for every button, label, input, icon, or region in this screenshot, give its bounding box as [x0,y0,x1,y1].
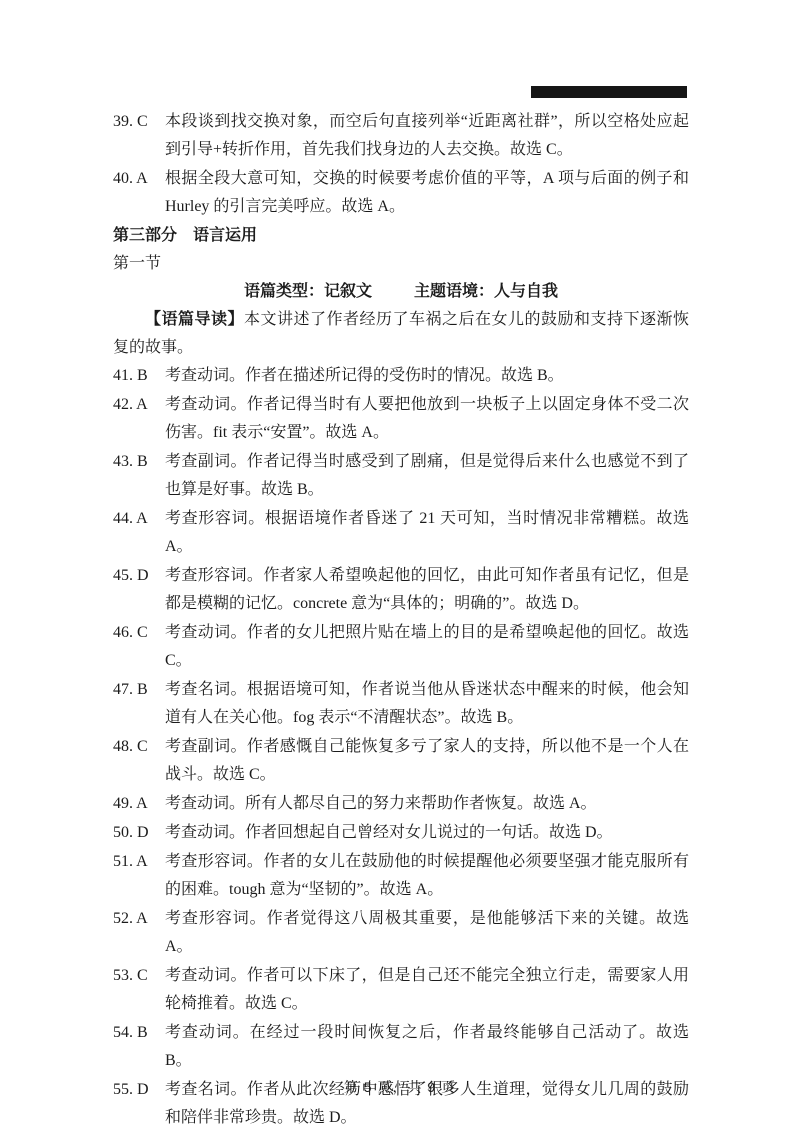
theme-context-label: 主题语境：人与自我 [414,283,558,300]
answer-number: 45. D [113,562,165,590]
answer-explanation: 考查动词。所有人都尽自己的努力来帮助作者恢复。故选 A。 [165,790,689,818]
answer-explanation: 考查动词。作者在描述所记得的受伤时的情况。故选 B。 [165,362,689,390]
answer-explanation: 考查动词。作者的女儿把照片贴在墙上的目的是希望唤起他的回忆。故选 C。 [165,619,689,675]
page-content: 39. C 本段谈到找交换对象，而空后句直接列举“近距离社群”，所以空格处应起到… [113,108,689,1131]
page-number-footer: 第 5 页，共 9 页 [0,1076,800,1098]
answer-item: 41. B 考查动词。作者在描述所记得的受伤时的情况。故选 B。 [113,362,689,390]
answer-explanation: 考查形容词。作者家人希望唤起他的回忆，由此可知作者虽有记忆，但是都是模糊的记忆。… [165,562,689,618]
answer-explanation: 根据全段大意可知，交换的时候要考虑价值的平等，A 项与后面的例子和 Hurley… [165,165,689,221]
answer-explanation: 考查形容词。作者的女儿在鼓励他的时候提醒他必须要坚强才能克服所有的困难。toug… [165,848,689,904]
answer-number: 54. B [113,1019,165,1047]
answer-number: 51. A [113,848,165,876]
answer-number: 41. B [113,362,165,390]
answer-item: 47. B 考查名词。根据语境可知，作者说当他从昏迷状态中醒来的时候，他会知道有… [113,676,689,732]
answer-number: 43. B [113,448,165,476]
answer-item: 40. A 根据全段大意可知，交换的时候要考虑价值的平等，A 项与后面的例子和 … [113,165,689,221]
answer-item: 50. D 考查动词。作者回想起自己曾经对女儿说过的一句话。故选 D。 [113,819,689,847]
answer-number: 40. A [113,165,165,193]
answer-item: 49. A 考查动词。所有人都尽自己的努力来帮助作者恢复。故选 A。 [113,790,689,818]
answer-explanation: 考查动词。作者记得当时有人要把他放到一块板子上以固定身体不受二次伤害。fit 表… [165,391,689,447]
answer-explanation: 考查形容词。作者觉得这八周极其重要，是他能够活下来的关键。故选 A。 [165,905,689,961]
answer-item: 44. A 考查形容词。根据语境作者昏迷了 21 天可知，当时情况非常糟糕。故选… [113,505,689,561]
answer-item: 39. C 本段谈到找交换对象，而空后句直接列举“近距离社群”，所以空格处应起到… [113,108,689,164]
answer-item: 46. C 考查动词。作者的女儿把照片贴在墙上的目的是希望唤起他的回忆。故选 C… [113,619,689,675]
intro-label: 【语篇导读】 [145,311,244,328]
answer-number: 50. D [113,819,165,847]
subsection-heading: 第一节 [113,250,689,278]
part-heading: 第三部分 语言运用 [113,222,689,250]
answer-number: 53. C [113,962,165,990]
answer-number: 42. A [113,391,165,419]
answer-item: 53. C 考查动词。作者可以下床了，但是自己还不能完全独立行走，需要家人用轮椅… [113,962,689,1018]
answer-explanation: 考查动词。在经过一段时间恢复之后，作者最终能够自己活动了。故选 B。 [165,1019,689,1075]
answer-number: 44. A [113,505,165,533]
answer-item: 42. A 考查动词。作者记得当时有人要把他放到一块板子上以固定身体不受二次伤害… [113,391,689,447]
passage-intro: 【语篇导读】本文讲述了作者经历了车祸之后在女儿的鼓励和支持下逐渐恢复的故事。 [113,306,689,362]
passage-meta-line: 语篇类型：记叙文主题语境：人与自我 [113,278,689,306]
answer-explanation: 考查副词。作者记得当时感受到了剧痛，但是觉得后来什么也感觉不到了也算是好事。故选… [165,448,689,504]
answer-list-top: 39. C 本段谈到找交换对象，而空后句直接列举“近距离社群”，所以空格处应起到… [113,108,689,221]
answer-explanation: 本段谈到找交换对象，而空后句直接列举“近距离社群”，所以空格处应起到引导+转折作… [165,108,689,164]
answer-explanation: 考查副词。作者感慨自己能恢复多亏了家人的支持，所以他不是一个人在战斗。故选 C。 [165,733,689,789]
answer-explanation: 考查动词。作者回想起自己曾经对女儿说过的一句话。故选 D。 [165,819,689,847]
answer-explanation: 考查名词。根据语境可知，作者说当他从昏迷状态中醒来的时候，他会知道有人在关心他。… [165,676,689,732]
answer-number: 52. A [113,905,165,933]
answer-item: 54. B 考查动词。在经过一段时间恢复之后，作者最终能够自己活动了。故选 B。 [113,1019,689,1075]
answer-number: 49. A [113,790,165,818]
answer-item: 48. C 考查副词。作者感慨自己能恢复多亏了家人的支持，所以他不是一个人在战斗… [113,733,689,789]
answer-item: 43. B 考查副词。作者记得当时感受到了剧痛，但是觉得后来什么也感觉不到了也算… [113,448,689,504]
answer-number: 48. C [113,733,165,761]
answer-item: 51. A 考查形容词。作者的女儿在鼓励他的时候提醒他必须要坚强才能克服所有的困… [113,848,689,904]
answer-number: 39. C [113,108,165,136]
passage-type-label: 语篇类型：记叙文 [244,283,372,300]
answer-explanation: 考查形容词。根据语境作者昏迷了 21 天可知，当时情况非常糟糕。故选 A。 [165,505,689,561]
answer-number: 46. C [113,619,165,647]
answer-item: 52. A 考查形容词。作者觉得这八周极其重要，是他能够活下来的关键。故选 A。 [113,905,689,961]
redaction-bar [531,86,687,98]
answer-explanation: 考查动词。作者可以下床了，但是自己还不能完全独立行走，需要家人用轮椅推着。故选 … [165,962,689,1018]
scanned-answer-key-page: 39. C 本段谈到找交换对象，而空后句直接列举“近距离社群”，所以空格处应起到… [0,0,800,1131]
answer-list-main: 41. B 考查动词。作者在描述所记得的受伤时的情况。故选 B。 42. A 考… [113,362,689,1131]
answer-item: 45. D 考查形容词。作者家人希望唤起他的回忆，由此可知作者虽有记忆，但是都是… [113,562,689,618]
answer-number: 47. B [113,676,165,704]
